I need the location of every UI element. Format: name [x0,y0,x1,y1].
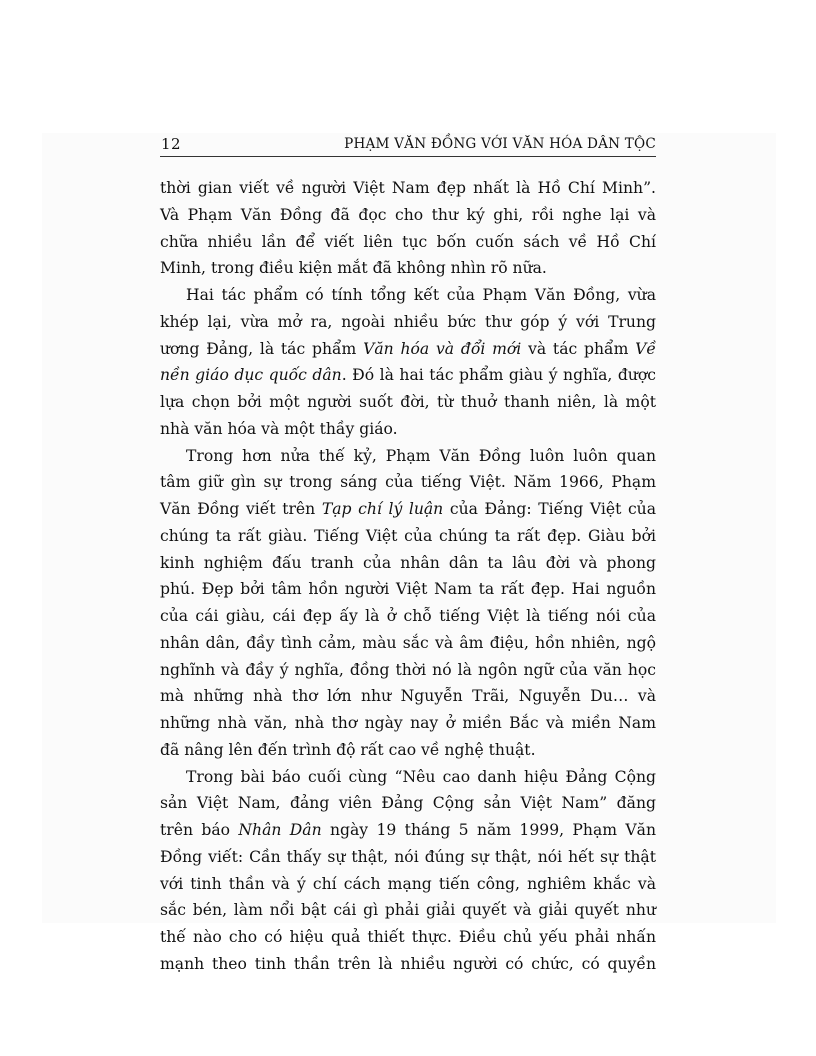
text-segment: nghĩnh và đầy ý nghĩa, đồng thời nó là n… [160,661,656,679]
text-line: nhà văn hóa và một thầy giáo. [160,416,656,443]
text-line: những nhà văn, nhà thơ ngày nay ở miền B… [160,710,656,737]
text-segment: chúng ta rất giàu. Tiếng Việt của chúng … [160,527,656,545]
text-line: Đồng viết: Cần thấy sự thật, nói đúng sự… [160,844,656,871]
text-line: Trong bài báo cuối cùng “Nêu cao danh hi… [160,764,656,791]
text-line: lựa chọn bởi một người suốt đời, từ thuở… [160,389,656,416]
text-line: với tinh thần và ý chí cách mạng tiến cô… [160,871,656,898]
italic-title-text: Nhân Dân [238,821,321,839]
text-line: ương Đảng, là tác phẩm Văn hóa và đổi mớ… [160,336,656,363]
text-line: mạnh theo tinh thần trên là nhiều người … [160,951,656,978]
text-segment: của Đảng: Tiếng Việt của [443,500,656,518]
text-segment: khép lại, vừa mở ra, ngoài nhiều bức thư… [160,313,656,331]
text-segment: mạnh theo tinh thần trên là nhiều người … [160,955,656,973]
text-segment: phú. Đẹp bởi tâm hồn người Việt Nam ta r… [160,580,656,598]
text-segment: và tác phẩm [521,340,635,358]
text-line: trên báo Nhân Dân ngày 19 tháng 5 năm 19… [160,817,656,844]
text-line: mà những nhà thơ lớn như Nguyễn Trãi, Ng… [160,683,656,710]
text-segment: lựa chọn bởi một người suốt đời, từ thuở… [160,393,656,411]
italic-title-text: Về [635,340,656,358]
text-segment: . Đó là hai tác phẩm giàu ý nghĩa, được [342,366,656,384]
body-text: thời gian viết về người Việt Nam đẹp nhấ… [160,175,656,978]
text-line: Và Phạm Văn Đồng đã đọc cho thư ký ghi, … [160,202,656,229]
text-segment: Đồng viết: Cần thấy sự thật, nói đúng sự… [160,848,656,866]
text-line: kinh nghiệm đấu tranh của nhân dân ta lâ… [160,550,656,577]
text-segment: với tinh thần và ý chí cách mạng tiến cô… [160,875,656,893]
text-line: sản Việt Nam, đảng viên Đảng Cộng sản Vi… [160,790,656,817]
text-line: tâm giữ gìn sự trong sáng của tiếng Việt… [160,469,656,496]
text-line: phú. Đẹp bởi tâm hồn người Việt Nam ta r… [160,576,656,603]
text-segment: đã nâng lên đến trình độ rất cao về nghệ… [160,741,536,759]
text-line: thế nào cho có hiệu quả thiết thực. Điều… [160,924,656,951]
italic-title-text: nền giáo dục quốc dân [160,366,342,384]
text-segment: trên báo [160,821,238,839]
text-line: của cái giàu, cái đẹp ấy là ở chỗ tiếng … [160,603,656,630]
italic-title-text: Tạp chí lý luận [322,500,443,518]
text-segment: tâm giữ gìn sự trong sáng của tiếng Việt… [160,473,656,491]
text-segment: Trong hơn nửa thế kỷ, Phạm Văn Đồng luôn… [186,447,656,465]
italic-title-text: Văn hóa và đổi mới [363,340,521,358]
page-number: 12 [161,135,181,153]
text-line: nhân dân, đầy tình cảm, màu sắc và âm đi… [160,630,656,657]
text-line: đã nâng lên đến trình độ rất cao về nghệ… [160,737,656,764]
text-segment: thế nào cho có hiệu quả thiết thực. Điều… [160,928,656,946]
text-segment: sắc bén, làm nổi bật cái gì phải giải qu… [160,901,656,919]
text-segment: của cái giàu, cái đẹp ấy là ở chỗ tiếng … [160,607,656,625]
text-line: khép lại, vừa mở ra, ngoài nhiều bức thư… [160,309,656,336]
text-segment: ương Đảng, là tác phẩm [160,340,363,358]
text-line: nghĩnh và đầy ý nghĩa, đồng thời nó là n… [160,657,656,684]
text-segment: ngày 19 tháng 5 năm 1999, Phạm Văn [322,821,656,839]
text-line: Hai tác phẩm có tính tổng kết của Phạm V… [160,282,656,309]
text-line: chúng ta rất giàu. Tiếng Việt của chúng … [160,523,656,550]
text-segment: nhân dân, đầy tình cảm, màu sắc và âm đi… [160,634,656,652]
running-header: 12 PHẠM VĂN ĐỒNG VỚI VĂN HÓA DÂN TỘC [160,134,656,157]
text-segment: sản Việt Nam, đảng viên Đảng Cộng sản Vi… [160,794,656,812]
text-segment: những nhà văn, nhà thơ ngày nay ở miền B… [160,714,656,732]
text-line: thời gian viết về người Việt Nam đẹp nhấ… [160,175,656,202]
text-segment: Hai tác phẩm có tính tổng kết của Phạm V… [186,286,656,304]
text-segment: Trong bài báo cuối cùng “Nêu cao danh hi… [186,768,656,786]
text-line: Minh, trong điều kiện mắt đã không nhìn … [160,255,656,282]
text-line: sắc bén, làm nổi bật cái gì phải giải qu… [160,897,656,924]
text-segment: mà những nhà thơ lớn như Nguyễn Trãi, Ng… [160,687,656,705]
text-line: nền giáo dục quốc dân. Đó là hai tác phẩ… [160,362,656,389]
text-segment: Và Phạm Văn Đồng đã đọc cho thư ký ghi, … [160,206,656,224]
text-segment: Văn Đồng viết trên [160,500,322,518]
text-segment: kinh nghiệm đấu tranh của nhân dân ta lâ… [160,554,656,572]
text-line: chữa nhiều lần để viết liên tục bốn cuốn… [160,229,656,256]
text-line: Trong hơn nửa thế kỷ, Phạm Văn Đồng luôn… [160,443,656,470]
text-segment: Minh, trong điều kiện mắt đã không nhìn … [160,259,547,277]
text-segment: thời gian viết về người Việt Nam đẹp nhấ… [160,179,656,197]
running-title: PHẠM VĂN ĐỒNG VỚI VĂN HÓA DÂN TỘC [344,136,656,152]
text-segment: nhà văn hóa và một thầy giáo. [160,420,398,438]
text-line: Văn Đồng viết trên Tạp chí lý luận của Đ… [160,496,656,523]
text-segment: chữa nhiều lần để viết liên tục bốn cuốn… [160,233,656,251]
